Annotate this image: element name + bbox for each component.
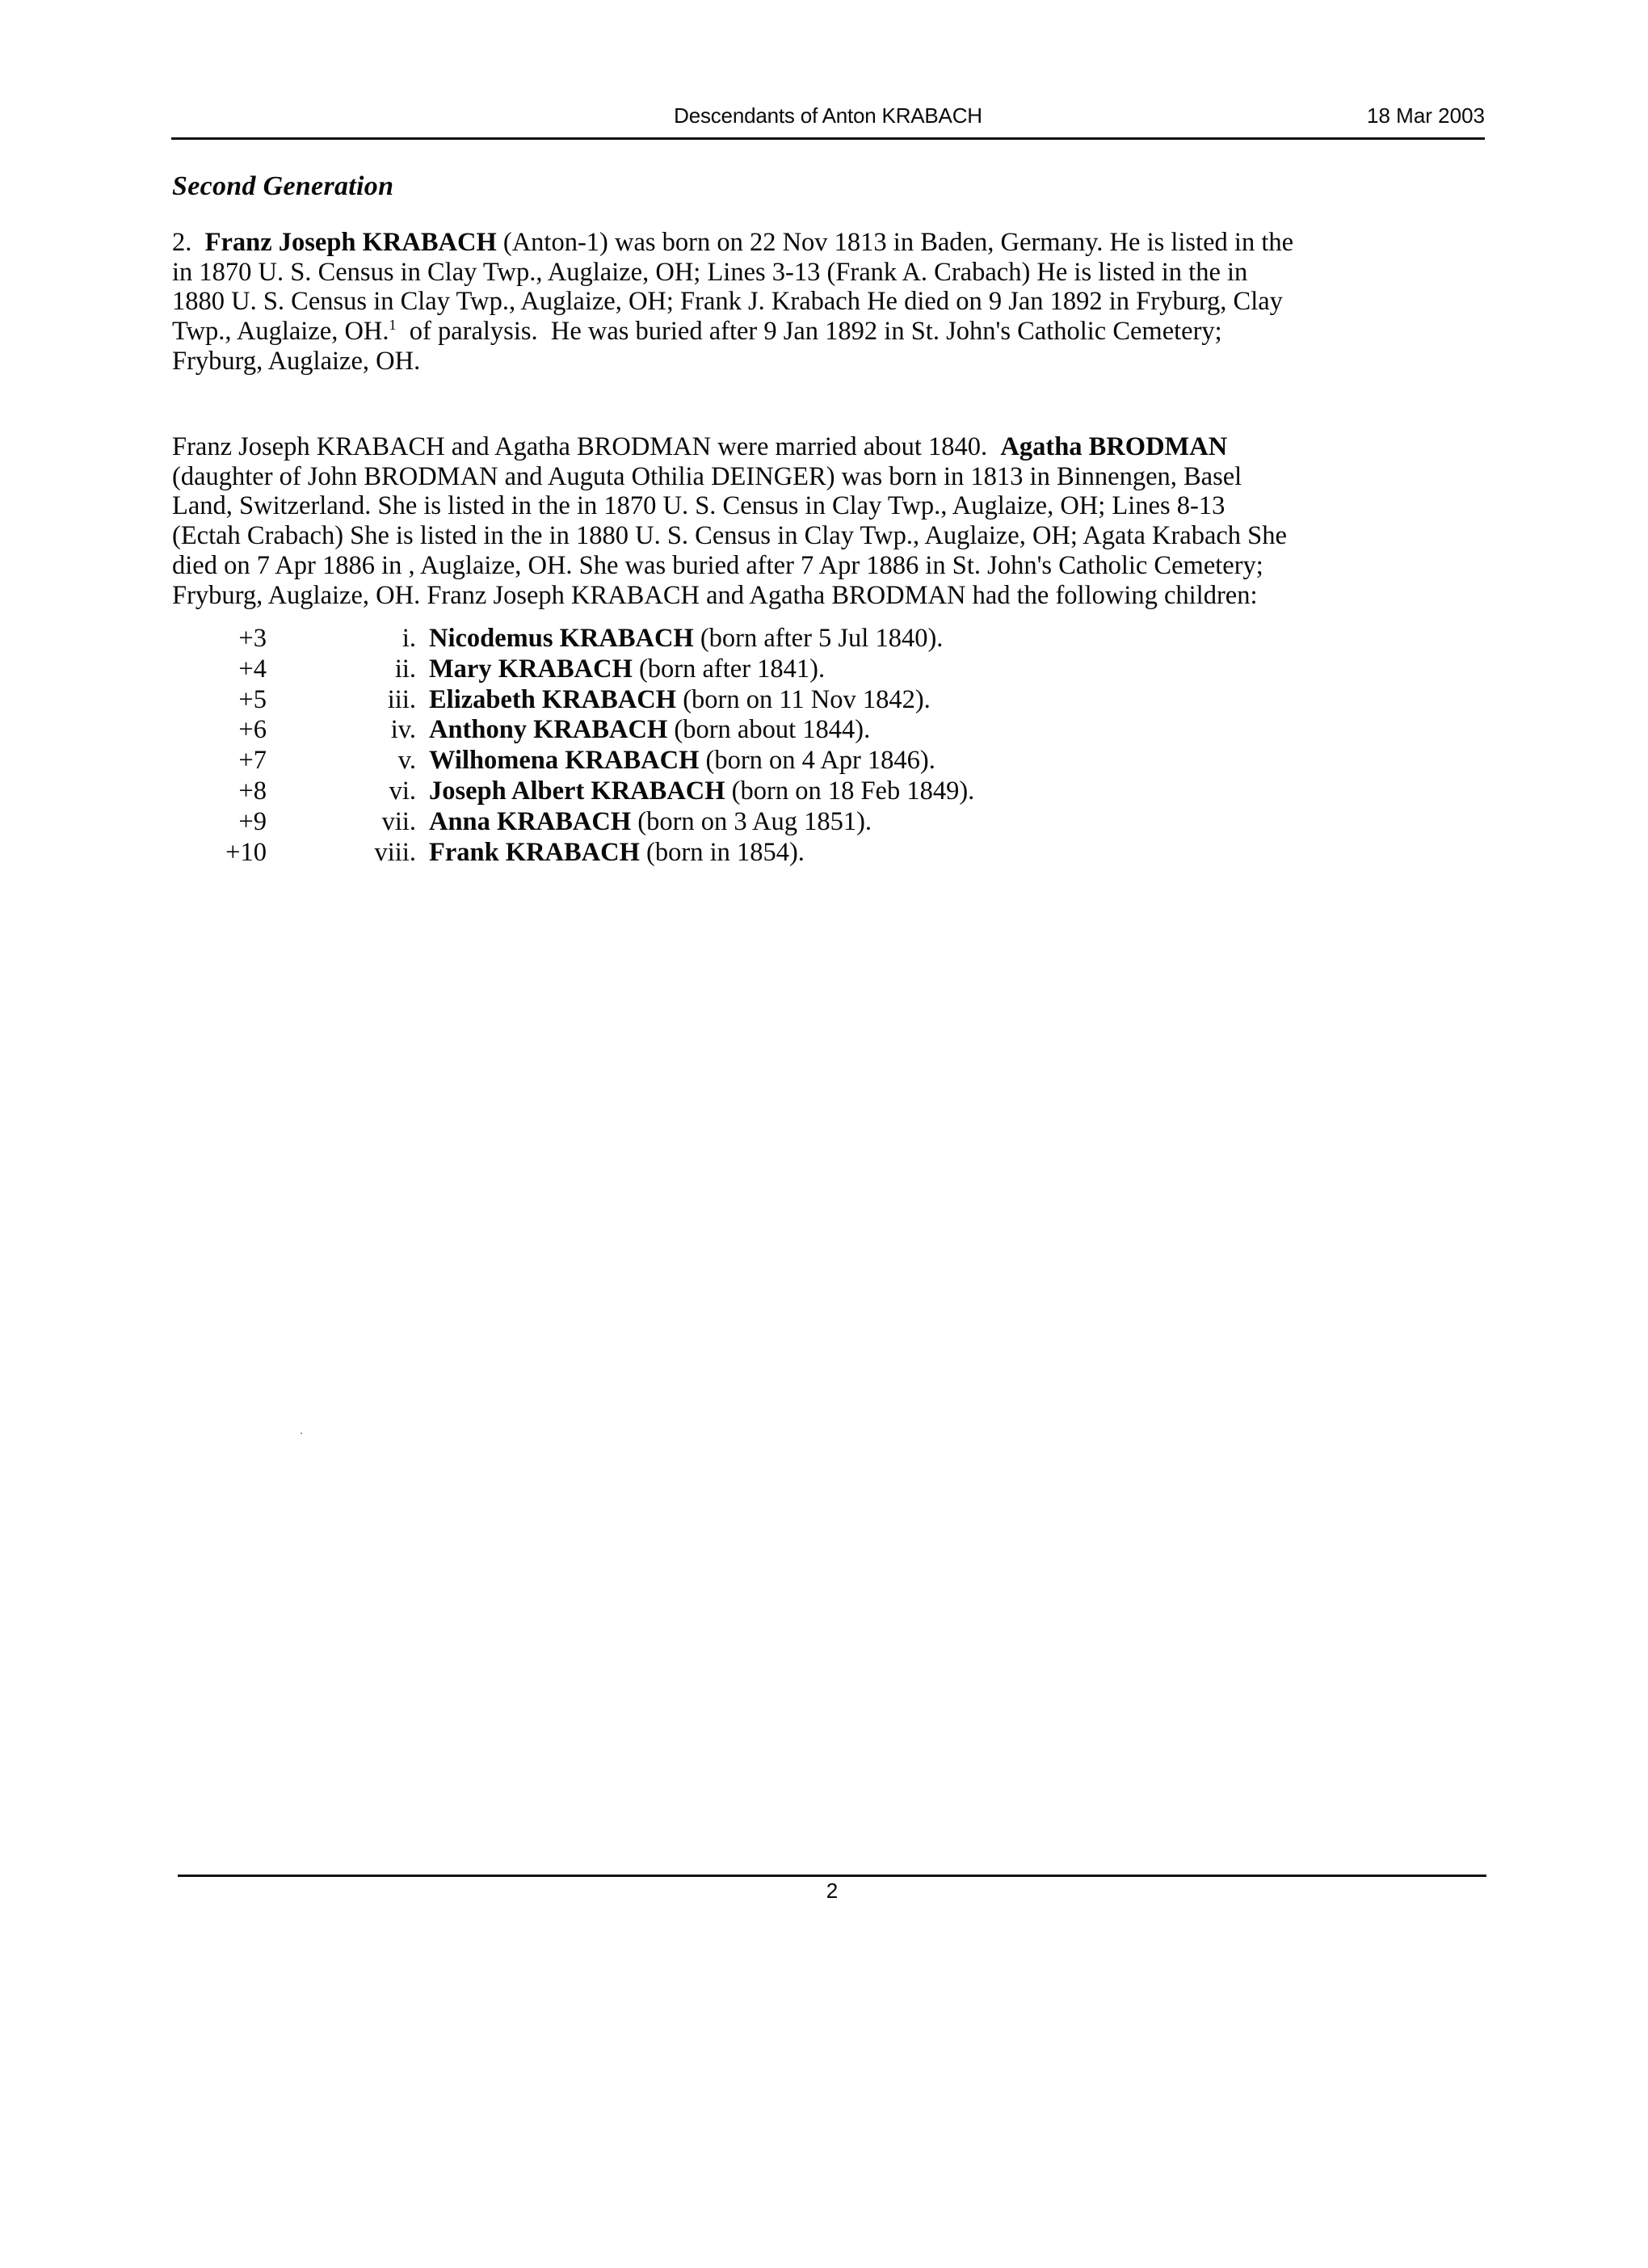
person-entry-paragraph: 2. Franz Joseph KRABACH (Anton-1) was bo… (172, 228, 1497, 377)
child-reference-number: +6 (172, 715, 267, 746)
text-segment: (Anton-1) was born on 22 Nov 1813 in Bad… (497, 228, 1293, 257)
child-entry: Joseph Albert KRABACH (born on 18 Feb 18… (429, 776, 974, 807)
child-reference-number: +8 (172, 776, 267, 807)
child-ordinal: iv. (358, 715, 416, 746)
spouse-name: Agatha BRODMAN (1000, 432, 1227, 461)
child-reference-number: +10 (172, 838, 267, 869)
child-name: Anna KRABACH (429, 807, 631, 836)
child-name: Mary KRABACH (429, 654, 633, 684)
page-footer: 2 (178, 1875, 1486, 1909)
child-entry: Mary KRABACH (born after 1841). (429, 654, 825, 685)
text-line: (Ectah Crabach) She is listed in the in … (172, 521, 1497, 551)
child-birth-detail: (born in 1854). (640, 838, 805, 867)
child-name: Anthony KRABACH (429, 715, 667, 744)
text-line: Fryburg, Auglaize, OH. Franz Joseph KRAB… (172, 581, 1497, 611)
page-header: Descendants of Anton KRABACH 18 Mar 2003 (171, 102, 1485, 140)
text-line: Land, Switzerland. She is listed in the … (172, 491, 1497, 521)
text-line: in 1870 U. S. Census in Clay Twp., Augla… (172, 258, 1497, 288)
child-entry: Wilhomena KRABACH (born on 4 Apr 1846). (429, 746, 935, 776)
child-birth-detail: (born after 1841). (633, 654, 825, 684)
document-date: 18 Mar 2003 (1367, 103, 1485, 128)
text-line: (daughter of John BRODMAN and Auguta Oth… (172, 462, 1497, 492)
child-reference-number: +9 (172, 807, 267, 838)
child-ordinal: ii. (358, 654, 416, 685)
child-name: Elizabeth KRABACH (429, 685, 676, 714)
person-name: Franz Joseph KRABACH (205, 228, 497, 257)
child-birth-detail: (born about 1844). (667, 715, 870, 744)
child-entry: Frank KRABACH (born in 1854). (429, 838, 805, 869)
text-segment: of paralysis. He was buried after 9 Jan … (397, 317, 1222, 346)
child-entry: Anthony KRABACH (born about 1844). (429, 715, 870, 746)
text-line: 2. Franz Joseph KRABACH (Anton-1) was bo… (172, 228, 1497, 258)
text-segment: Franz Joseph KRABACH and Agatha BRODMAN … (172, 432, 1000, 461)
child-name: Wilhomena KRABACH (429, 746, 699, 775)
text-line: Franz Joseph KRABACH and Agatha BRODMAN … (172, 432, 1497, 462)
document-title-text: Descendants of Anton KRABACH (674, 103, 982, 128)
child-birth-detail: (born on 4 Apr 1846). (699, 746, 935, 775)
child-ordinal: iii. (358, 685, 416, 716)
child-reference-number: +3 (172, 624, 267, 654)
child-reference-number: +7 (172, 746, 267, 776)
child-birth-detail: (born on 18 Feb 1849). (725, 776, 975, 806)
scan-artifact (301, 1433, 302, 1434)
child-ordinal: viii. (358, 838, 416, 869)
page-number: 2 (178, 1879, 1486, 1904)
text-line: Fryburg, Auglaize, OH. (172, 347, 1497, 377)
person-number: 2. (172, 228, 191, 257)
child-entry: Anna KRABACH (born on 3 Aug 1851). (429, 807, 872, 838)
child-reference-number: +5 (172, 685, 267, 716)
child-name: Joseph Albert KRABACH (429, 776, 725, 806)
marriage-paragraph: Franz Joseph KRABACH and Agatha BRODMAN … (172, 432, 1497, 610)
child-birth-detail: (born on 11 Nov 1842). (676, 685, 931, 714)
text-segment: Twp., Auglaize, OH. (172, 317, 389, 346)
child-name: Nicodemus KRABACH (429, 624, 694, 653)
child-reference-number: +4 (172, 654, 267, 685)
child-birth-detail: (born on 3 Aug 1851). (631, 807, 872, 836)
child-ordinal: vii. (358, 807, 416, 838)
text-line: 1880 U. S. Census in Clay Twp., Auglaize… (172, 287, 1497, 317)
child-ordinal: vi. (358, 776, 416, 807)
document-title: Descendants of Anton KRABACH (171, 103, 1485, 128)
text-line: Twp., Auglaize, OH.1 of paralysis. He wa… (172, 317, 1497, 347)
child-entry: Elizabeth KRABACH (born on 11 Nov 1842). (429, 685, 931, 716)
generation-heading: Second Generation (172, 171, 393, 202)
child-ordinal: i. (358, 624, 416, 654)
child-birth-detail: (born after 5 Jul 1840). (694, 624, 944, 653)
child-entry: Nicodemus KRABACH (born after 5 Jul 1840… (429, 624, 943, 654)
child-name: Frank KRABACH (429, 838, 640, 867)
child-ordinal: v. (358, 746, 416, 776)
footnote-reference[interactable]: 1 (389, 317, 397, 333)
text-line: died on 7 Apr 1886 in , Auglaize, OH. Sh… (172, 551, 1497, 581)
